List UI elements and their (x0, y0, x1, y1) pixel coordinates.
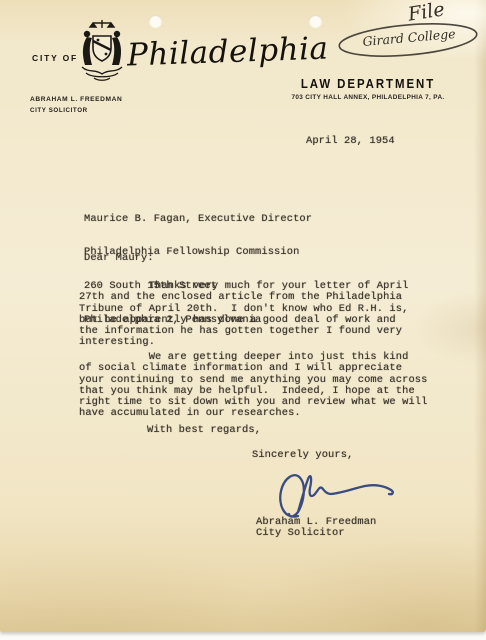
solicitor-title: CITY SOLICITOR (30, 107, 122, 114)
body-paragraph-1: Thanks very much for your letter of Apri… (79, 281, 408, 349)
date-line: April 28, 1954 (306, 136, 395, 147)
solicitor-name: ABRAHAM L. FREEDMAN (30, 96, 122, 103)
scanned-letter-page: File Girard College CITY OF (0, 0, 486, 632)
regards-line: With best regards, (147, 425, 261, 436)
signer-title: City Solicitor (256, 528, 345, 539)
recipient-line: Maurice B. Fagan, Executive Director (84, 214, 312, 225)
philadelphia-coat-of-arms-seal (70, 17, 134, 88)
hole-punch-right-icon (309, 15, 322, 28)
salutation: Dear Maury: (84, 253, 154, 264)
philadelphia-script-wordmark: Philadelphia (126, 30, 329, 73)
closing-line: Sincerely yours, (252, 450, 353, 461)
department-address: 703 CITY HALL ANNEX, PHILADELPHIA 7, PA. (288, 94, 448, 101)
body-paragraph-2: We are getting deeper into just this kin… (79, 352, 427, 420)
law-department-title: LAW DEPARTMENT (298, 76, 439, 91)
circled-annotation: Girard College (333, 18, 483, 62)
hole-punch-left-icon (149, 15, 162, 28)
